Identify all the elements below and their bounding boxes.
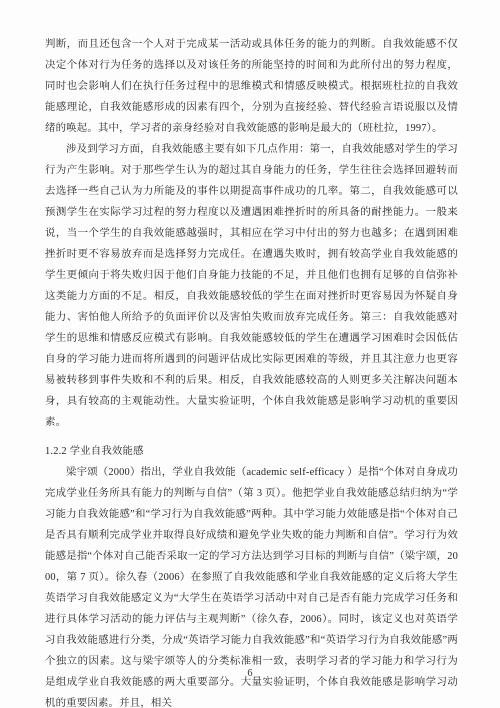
page-body: 判断，而且还包含一个人对于完成某一活动或具体任务的能力的判断。自我效能感不仅决定… [45,34,458,708]
body-paragraph-continuation: 判断，而且还包含一个人对于完成某一活动或具体任务的能力的判断。自我效能感不仅决定… [45,34,458,139]
body-paragraph-learning-effects: 涉及到学习方面，自我效能感主要有如下几点作用：第一，自我效能感对学生的学习行为产… [45,139,458,433]
section-heading-1-2-2: 1.2.2 学业自我效能感 [45,441,458,462]
thesis-page: 判断，而且还包含一个人对于完成某一活动或具体任务的能力的判断。自我效能感不仅决定… [0,0,500,708]
page-number: 6 [0,668,500,680]
